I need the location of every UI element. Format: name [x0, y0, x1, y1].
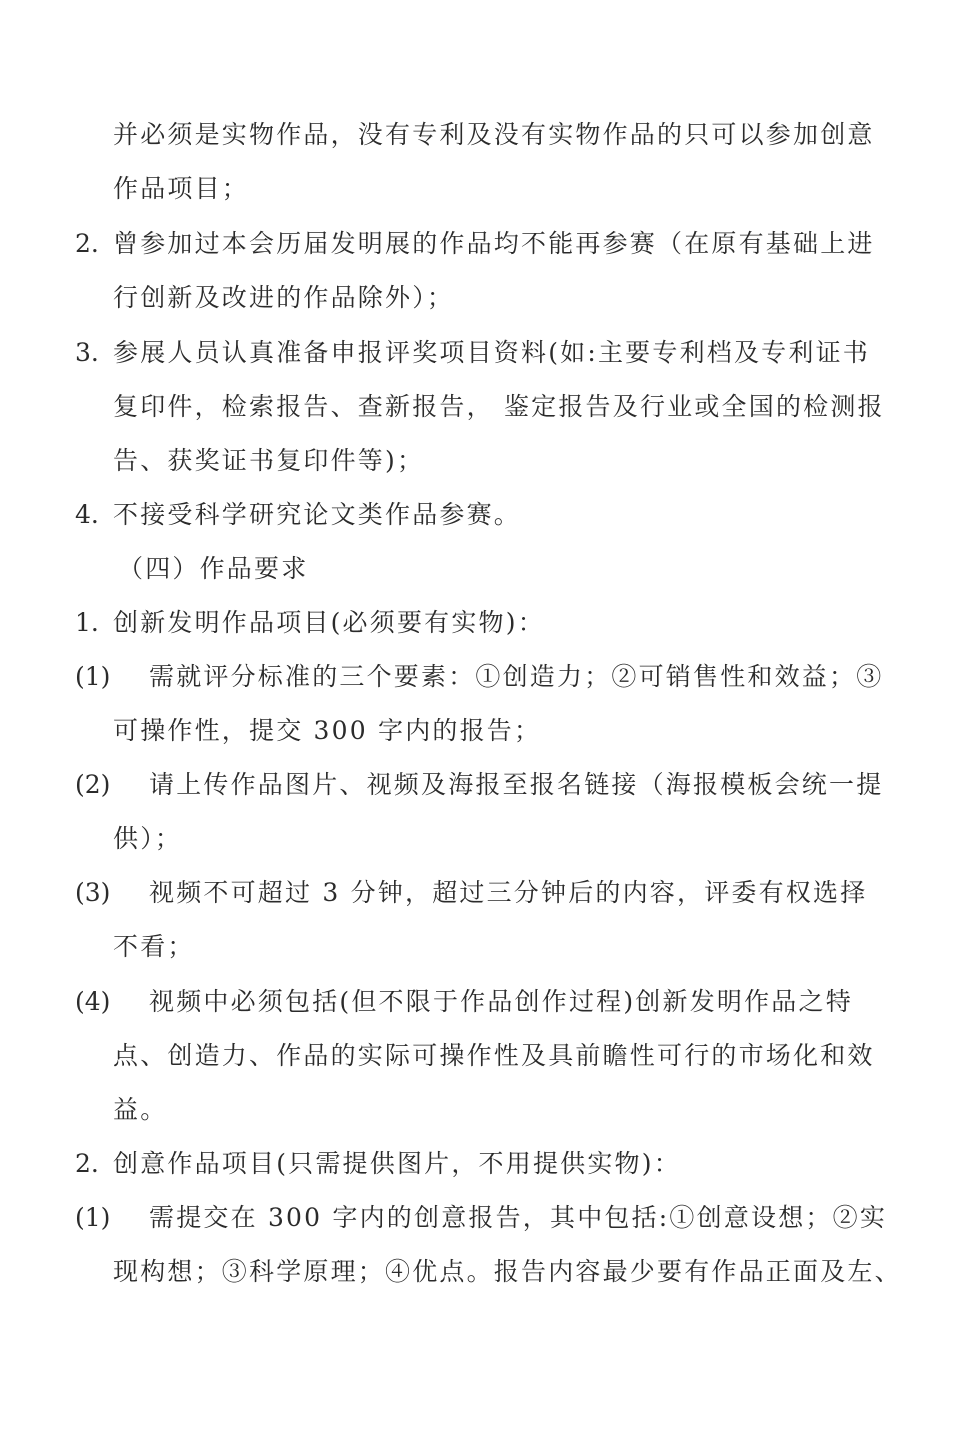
- list-number: (3): [75, 873, 110, 913]
- list-number: (1): [75, 657, 110, 697]
- line-text: 视频中必须包括(但不限于作品创作过程)创新发明作品之特: [149, 982, 853, 1022]
- line-text: 益。: [113, 1090, 167, 1130]
- list-number: 2.: [75, 224, 99, 264]
- line-text: 不看；: [113, 927, 195, 967]
- list-number: (1): [75, 1198, 110, 1238]
- line-text: 供）；: [113, 819, 182, 859]
- line-text: 创意作品项目(只需提供图片，不用提供实物)：: [113, 1144, 681, 1184]
- list-number: 2.: [75, 1144, 99, 1184]
- line-text: 曾参加过本会历届发明展的作品均不能再参赛（在原有基础上进: [113, 224, 875, 264]
- document-page: 并必须是实物作品，没有专利及没有实物作品的只可以参加创意 作品项目； 2. 曾参…: [0, 0, 974, 1429]
- line-text: 告、获奖证书复印件等)；: [113, 441, 424, 481]
- line-text: 点、创造力、作品的实际可操作性及具前瞻性可行的市场化和效: [113, 1036, 875, 1076]
- list-number: (2): [75, 765, 110, 805]
- list-number: (4): [75, 982, 110, 1022]
- line-text: 可操作性，提交 300 字内的报告；: [113, 711, 541, 751]
- list-number: 4.: [75, 495, 99, 535]
- line-text: 并必须是实物作品，没有专利及没有实物作品的只可以参加创意: [113, 115, 875, 155]
- line-text: 需提交在 300 字内的创意报告，其中包括:①创意设想；②实: [149, 1198, 887, 1238]
- line-text: 复印件，检索报告、查新报告， 鉴定报告及行业或全国的检测报: [113, 387, 885, 427]
- line-text: 请上传作品图片、视频及海报至报名链接（海报模板会统一提: [149, 765, 883, 805]
- list-number: 1.: [75, 603, 99, 643]
- line-text: 参展人员认真准备申报评奖项目资料(如:主要专利档及专利证书: [113, 333, 870, 373]
- line-text: 需就评分标准的三个要素：①创造力；②可销售性和效益；③: [149, 657, 883, 697]
- line-text: 创新发明作品项目(必须要有实物)：: [113, 603, 545, 643]
- line-text: 视频不可超过 3 分钟，超过三分钟后的内容，评委有权选择: [149, 873, 867, 913]
- line-text: 行创新及改进的作品除外）；: [113, 278, 454, 318]
- list-number: 3.: [75, 333, 99, 373]
- section-heading-text: （四）作品要求: [118, 549, 308, 589]
- line-text: 不接受科学研究论文类作品参赛。: [113, 495, 521, 535]
- line-text: 现构想；③科学原理；④优点。报告内容最少要有作品正面及左、: [113, 1252, 902, 1292]
- line-text: 作品项目；: [113, 169, 249, 209]
